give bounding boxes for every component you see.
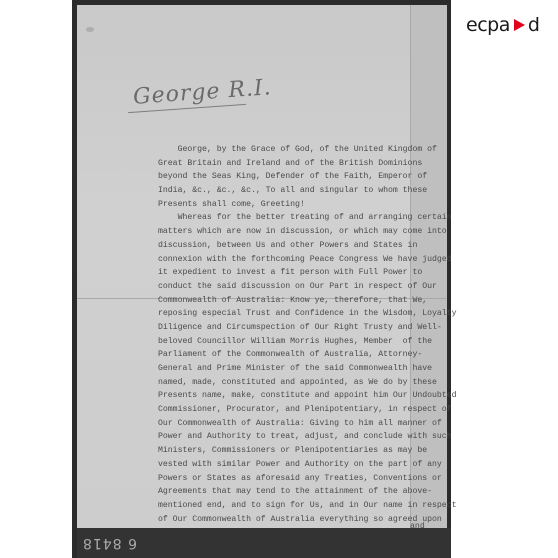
proclamation-text: George, by the Grace of God, of the Unit…	[158, 143, 458, 526]
text-line: mentioned end, and to sign for Us, and i…	[158, 499, 458, 513]
text-line: George, by the Grace of God, of the Unit…	[158, 143, 458, 157]
text-line: Power and Authority to treat, adjust, an…	[158, 430, 458, 444]
text-line: Commonwealth of Australia: Know ye, ther…	[158, 294, 458, 308]
logo-text-prefix: ecpa	[466, 14, 510, 36]
text-line: Whereas for the better treating of and a…	[158, 211, 458, 225]
text-line: Presents name, make, constitute and appo…	[158, 389, 458, 403]
text-line: Powers or States as aforesaid any Treati…	[158, 472, 458, 486]
archive-number: 6 8418	[82, 535, 137, 551]
text-line: discussion, between Us and other Powers …	[158, 239, 458, 253]
text-line: Our Commonwealth of Australia: Giving to…	[158, 417, 458, 431]
text-line: India, &c., &c., &c., To all and singula…	[158, 184, 458, 198]
text-line: matters which are now in discussion, or …	[158, 225, 458, 239]
text-line: Great Britain and Ireland and of the Bri…	[158, 157, 458, 171]
text-line: Agreements that may tend to the attainme…	[158, 485, 458, 499]
ecpad-logo[interactable]: ecpa d	[463, 8, 558, 42]
text-line: vested with similar Power and Authority …	[158, 458, 458, 472]
text-line: connexion with the forthcoming Peace Con…	[158, 253, 458, 267]
text-line: Commissioner, Procurator, and Plenipoten…	[158, 403, 458, 417]
text-line: Parliament of the Commonwealth of Austra…	[158, 348, 458, 362]
logo-text-suffix: d	[528, 14, 540, 36]
text-line: Diligence and Circumspection of Our Righ…	[158, 321, 458, 335]
text-line: General and Prime Minister of the said C…	[158, 362, 458, 376]
text-line: it expedient to invest a fit person with…	[158, 266, 458, 280]
paper-stain	[86, 27, 94, 32]
text-line: reposing especial Trust and Confidence i…	[158, 307, 458, 321]
text-line: beyond the Seas King, Defender of the Fa…	[158, 170, 458, 184]
text-line: conduct the said discussion on Our Part …	[158, 280, 458, 294]
text-line: Ministers, Commissioners or Plenipotenti…	[158, 444, 458, 458]
text-line: beloved Councillor William Morris Hughes…	[158, 335, 458, 349]
play-triangle-icon	[514, 19, 525, 31]
text-line: Presents shall come, Greeting!	[158, 198, 458, 212]
text-line: named, made, constituted and appointed, …	[158, 376, 458, 390]
